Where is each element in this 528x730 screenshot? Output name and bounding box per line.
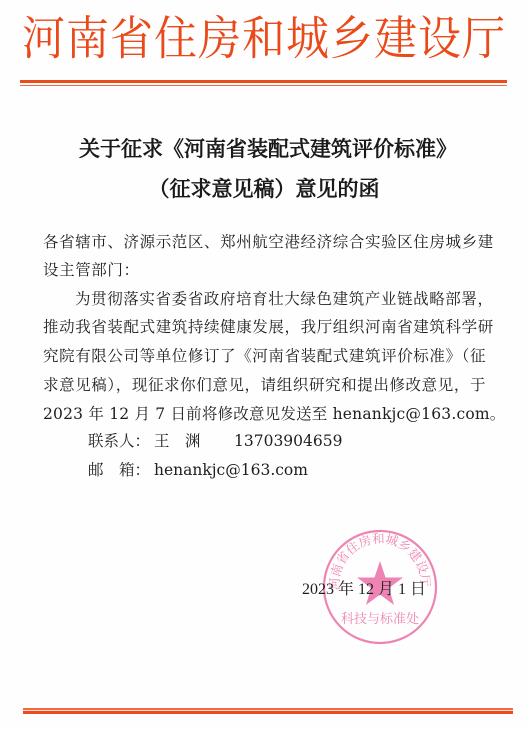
document-page: 河南省住房和城乡建设厅 关于征求《河南省装配式建筑评价标准》 （征求意见稿）意见… bbox=[0, 0, 528, 730]
letterhead-title: 河南省住房和城乡建设厅 bbox=[0, 10, 528, 68]
document-title-line-1: 关于征求《河南省装配式建筑评价标准》 bbox=[0, 135, 528, 163]
contact-person-label: 联系人： bbox=[88, 431, 154, 451]
letterhead-divider bbox=[20, 80, 507, 86]
contact-email-label: 邮 箱： bbox=[88, 460, 154, 480]
contact-email-row: 邮 箱：henankjc@163.com bbox=[88, 460, 308, 480]
footer-thick-line bbox=[23, 711, 513, 714]
body-paragraph-line-2: 推动我省装配式建筑持续健康发展，我厅组织河南省建筑科学研 bbox=[43, 317, 494, 337]
contact-phone: 13703904659 bbox=[234, 432, 342, 450]
body-paragraph-line-5: 2023 年 12 月 7 日前将修改意见发送至 henankjc@163.co… bbox=[43, 404, 505, 424]
body-paragraph-line-1: 为贯彻落实省委省政府培育壮大绿色建筑产业链战略部署， bbox=[75, 289, 494, 309]
body-paragraph-line-4: 求意见稿），现征求你们意见，请组织研究和提出修改意见，于 bbox=[43, 375, 486, 395]
salutation-line-2: 设主管部门： bbox=[43, 260, 140, 280]
contact-person-name: 王 渊 bbox=[154, 431, 234, 451]
body-paragraph-line-3: 究院有限公司等单位修订了《河南省装配式建筑评价标准》（征 bbox=[43, 346, 486, 366]
contact-person-row: 联系人：王 渊13703904659 bbox=[88, 431, 342, 451]
seal-inner-text: 科技与标准处 bbox=[341, 611, 419, 627]
contact-email[interactable]: henankjc@163.com bbox=[154, 461, 308, 479]
salutation-line-1: 各省辖市、济源示范区、郑州航空港经济综合实验区住房城乡建 bbox=[43, 232, 494, 252]
divider-thin-line bbox=[20, 85, 507, 86]
footer-divider bbox=[23, 708, 513, 714]
signature-date: 2023 年 12 月 1 日 bbox=[302, 576, 426, 599]
document-title-line-2: （征求意见稿）意见的函 bbox=[0, 175, 528, 203]
